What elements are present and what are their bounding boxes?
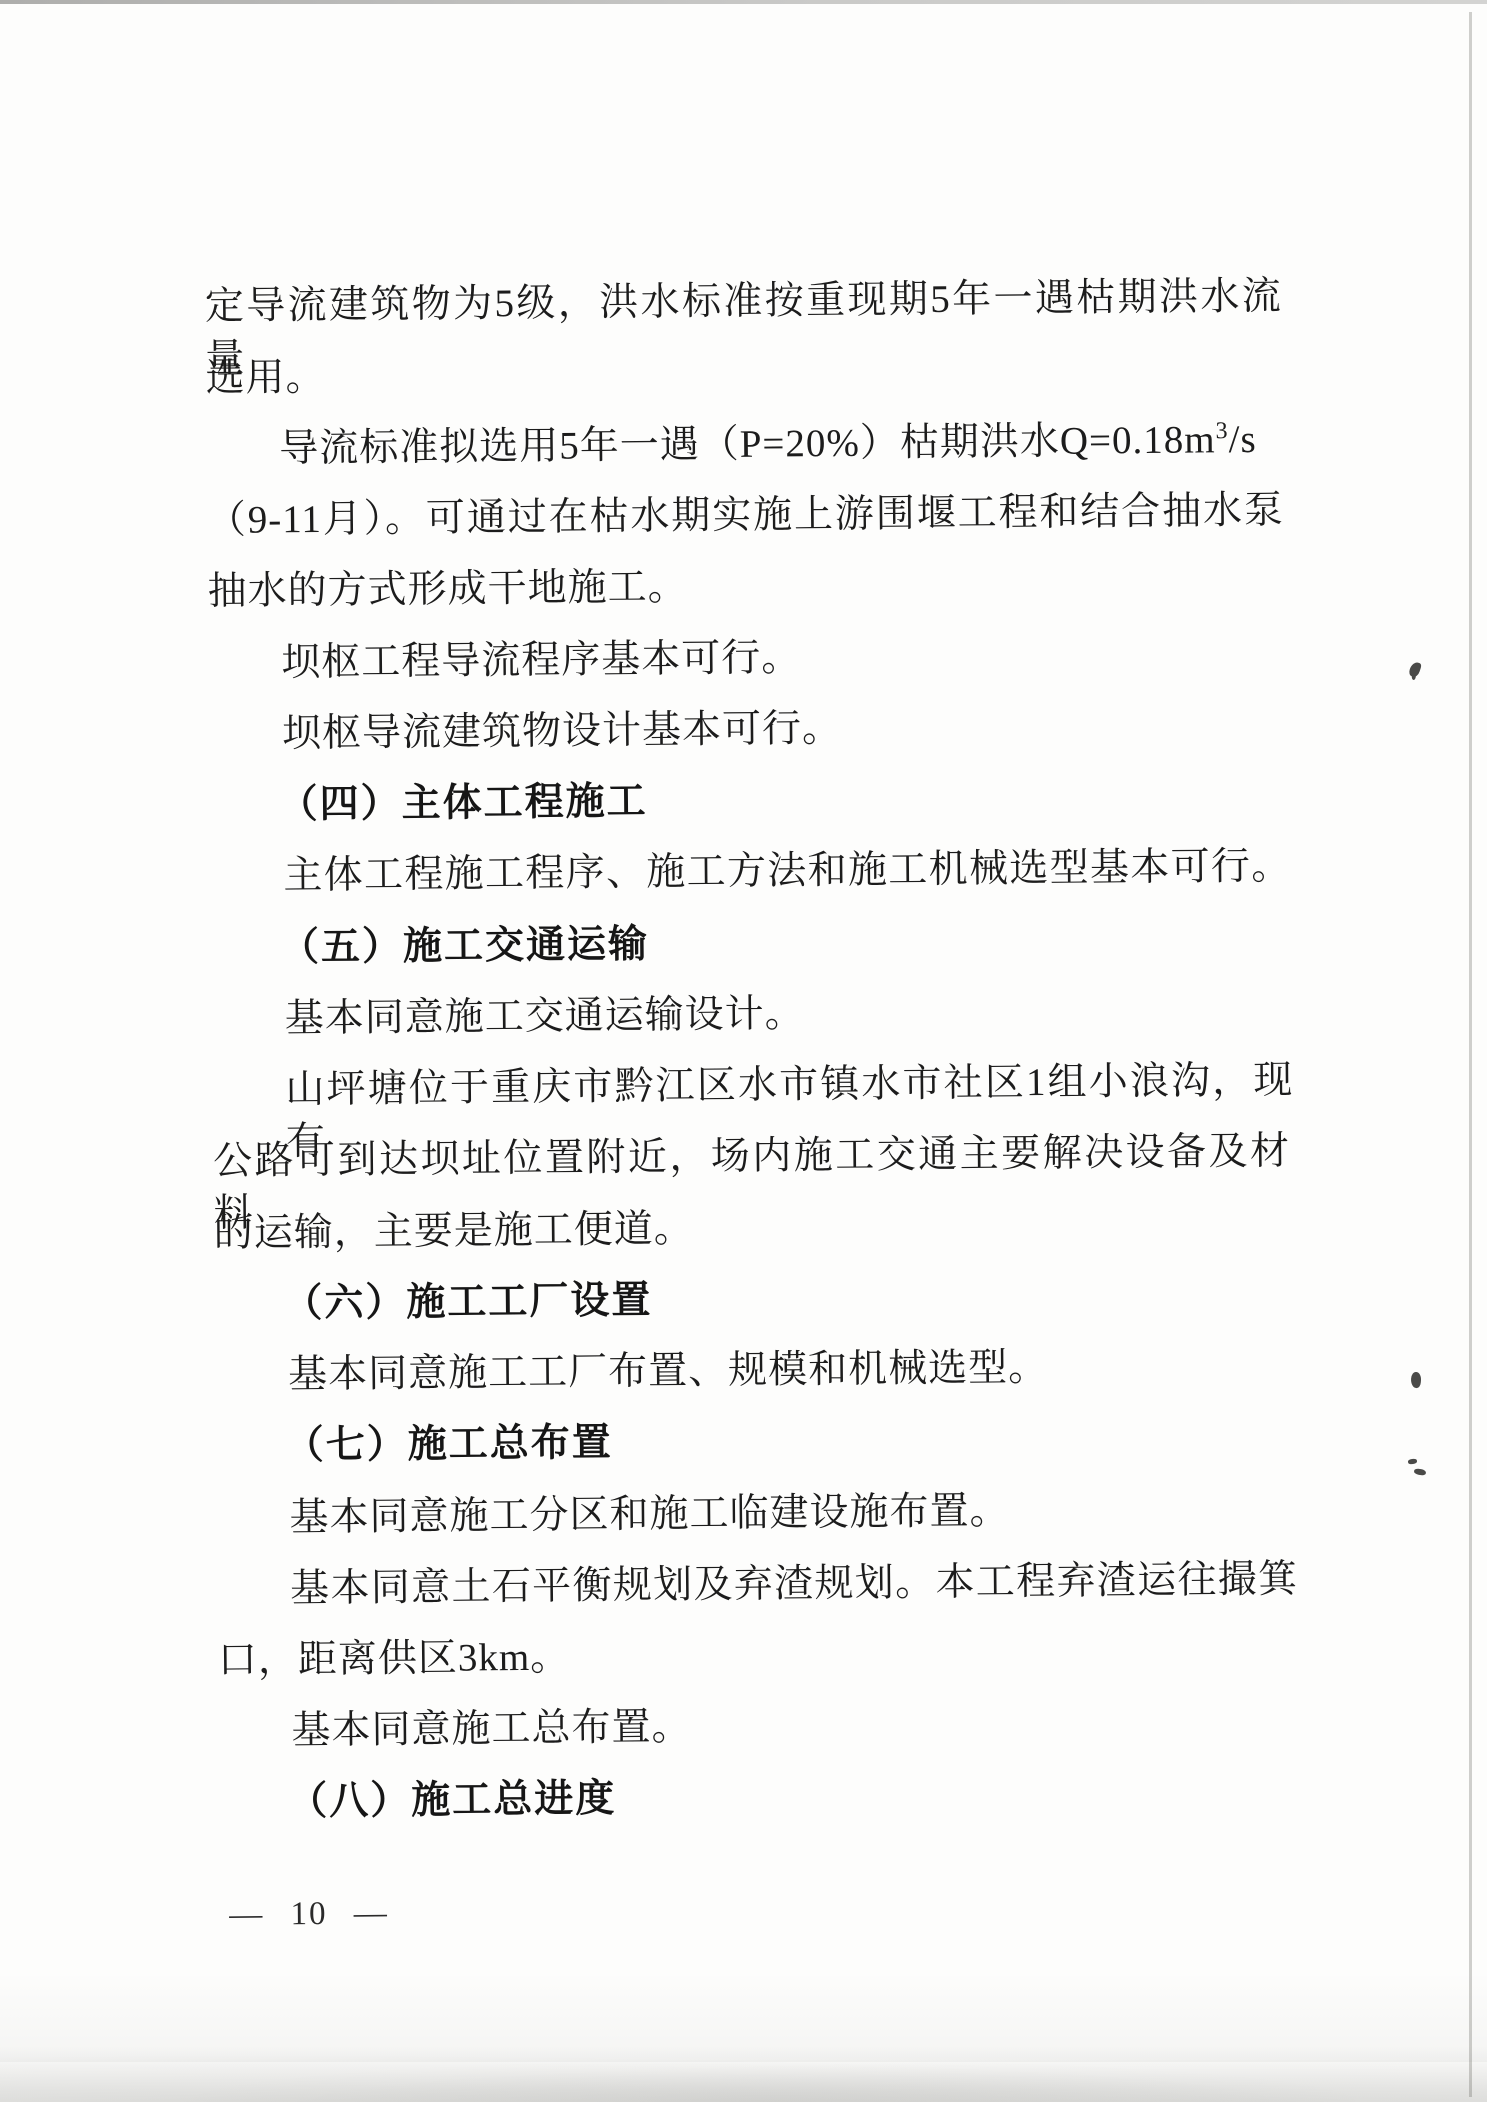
scan-top-edge-artifact bbox=[0, 0, 1487, 4]
body-line-03-main: 导流标准拟选用5年一遇（P=20%）枯期洪水Q=0.18m bbox=[279, 418, 1216, 470]
page-number: — 10 — bbox=[229, 1895, 389, 1934]
body-line-20: 口，距离供区3km。 bbox=[218, 1632, 571, 1687]
scanned-document-page: 定导流建筑物为5级，洪水标准按重现期5年一遇枯期洪水流量 选用。 导流标准拟选用… bbox=[0, 0, 1487, 2102]
heading-section-5: （五）施工交通运输 bbox=[280, 919, 649, 975]
heading-section-7: （七）施工总布置 bbox=[285, 1417, 613, 1472]
body-line-11: 基本同意施工交通运输设计。 bbox=[284, 988, 804, 1045]
body-line-04: （9-11月）。可通过在枯水期实施上游围堰工程和结合抽水泵 bbox=[207, 485, 1284, 547]
body-line-19: 基本同意土石平衡规划及弃渣规划。本工程弃渣运往撮箕 bbox=[290, 1554, 1298, 1616]
body-line-16: 基本同意施工工厂布置、规模和机械选型。 bbox=[288, 1342, 1048, 1401]
body-line-01: 定导流建筑物为5级，洪水标准按重现期5年一遇枯期洪水流量 bbox=[205, 271, 1283, 385]
scan-bottom-edge-artifact bbox=[0, 2046, 1487, 2102]
body-line-06: 坝枢工程导流程序基本可行。 bbox=[281, 632, 801, 689]
superscript-3: 3 bbox=[1215, 418, 1228, 444]
body-line-03: 导流标准拟选用5年一遇（P=20%）枯期洪水Q=0.18m3/s bbox=[279, 414, 1257, 475]
body-line-21: 基本同意施工总布置。 bbox=[291, 1701, 691, 1757]
heading-section-6: （六）施工工厂设置 bbox=[283, 1275, 652, 1331]
body-line-14: 的运输，主要是施工便道。 bbox=[214, 1203, 694, 1260]
heading-section-4: （四）主体工程施工 bbox=[278, 776, 647, 832]
body-line-02: 选用。 bbox=[205, 352, 326, 405]
ink-speck-artifact bbox=[1410, 1372, 1421, 1389]
heading-section-8: （八）施工总进度 bbox=[288, 1773, 616, 1828]
body-line-05: 抽水的方式形成干地施工。 bbox=[207, 561, 687, 618]
body-line-18: 基本同意施工分区和施工临建设施布置。 bbox=[289, 1485, 1009, 1544]
scan-right-edge-artifact bbox=[1469, 12, 1472, 2097]
body-line-03-unit: /s bbox=[1228, 418, 1256, 461]
body-line-09: 主体工程施工程序、施工方法和施工机械选型基本可行。 bbox=[283, 841, 1291, 903]
document-text-block: 定导流建筑物为5级，洪水标准按重现期5年一遇枯期洪水流量 选用。 导流标准拟选用… bbox=[0, 0, 1487, 2102]
body-line-07: 坝枢导流建筑物设计基本可行。 bbox=[282, 703, 842, 760]
